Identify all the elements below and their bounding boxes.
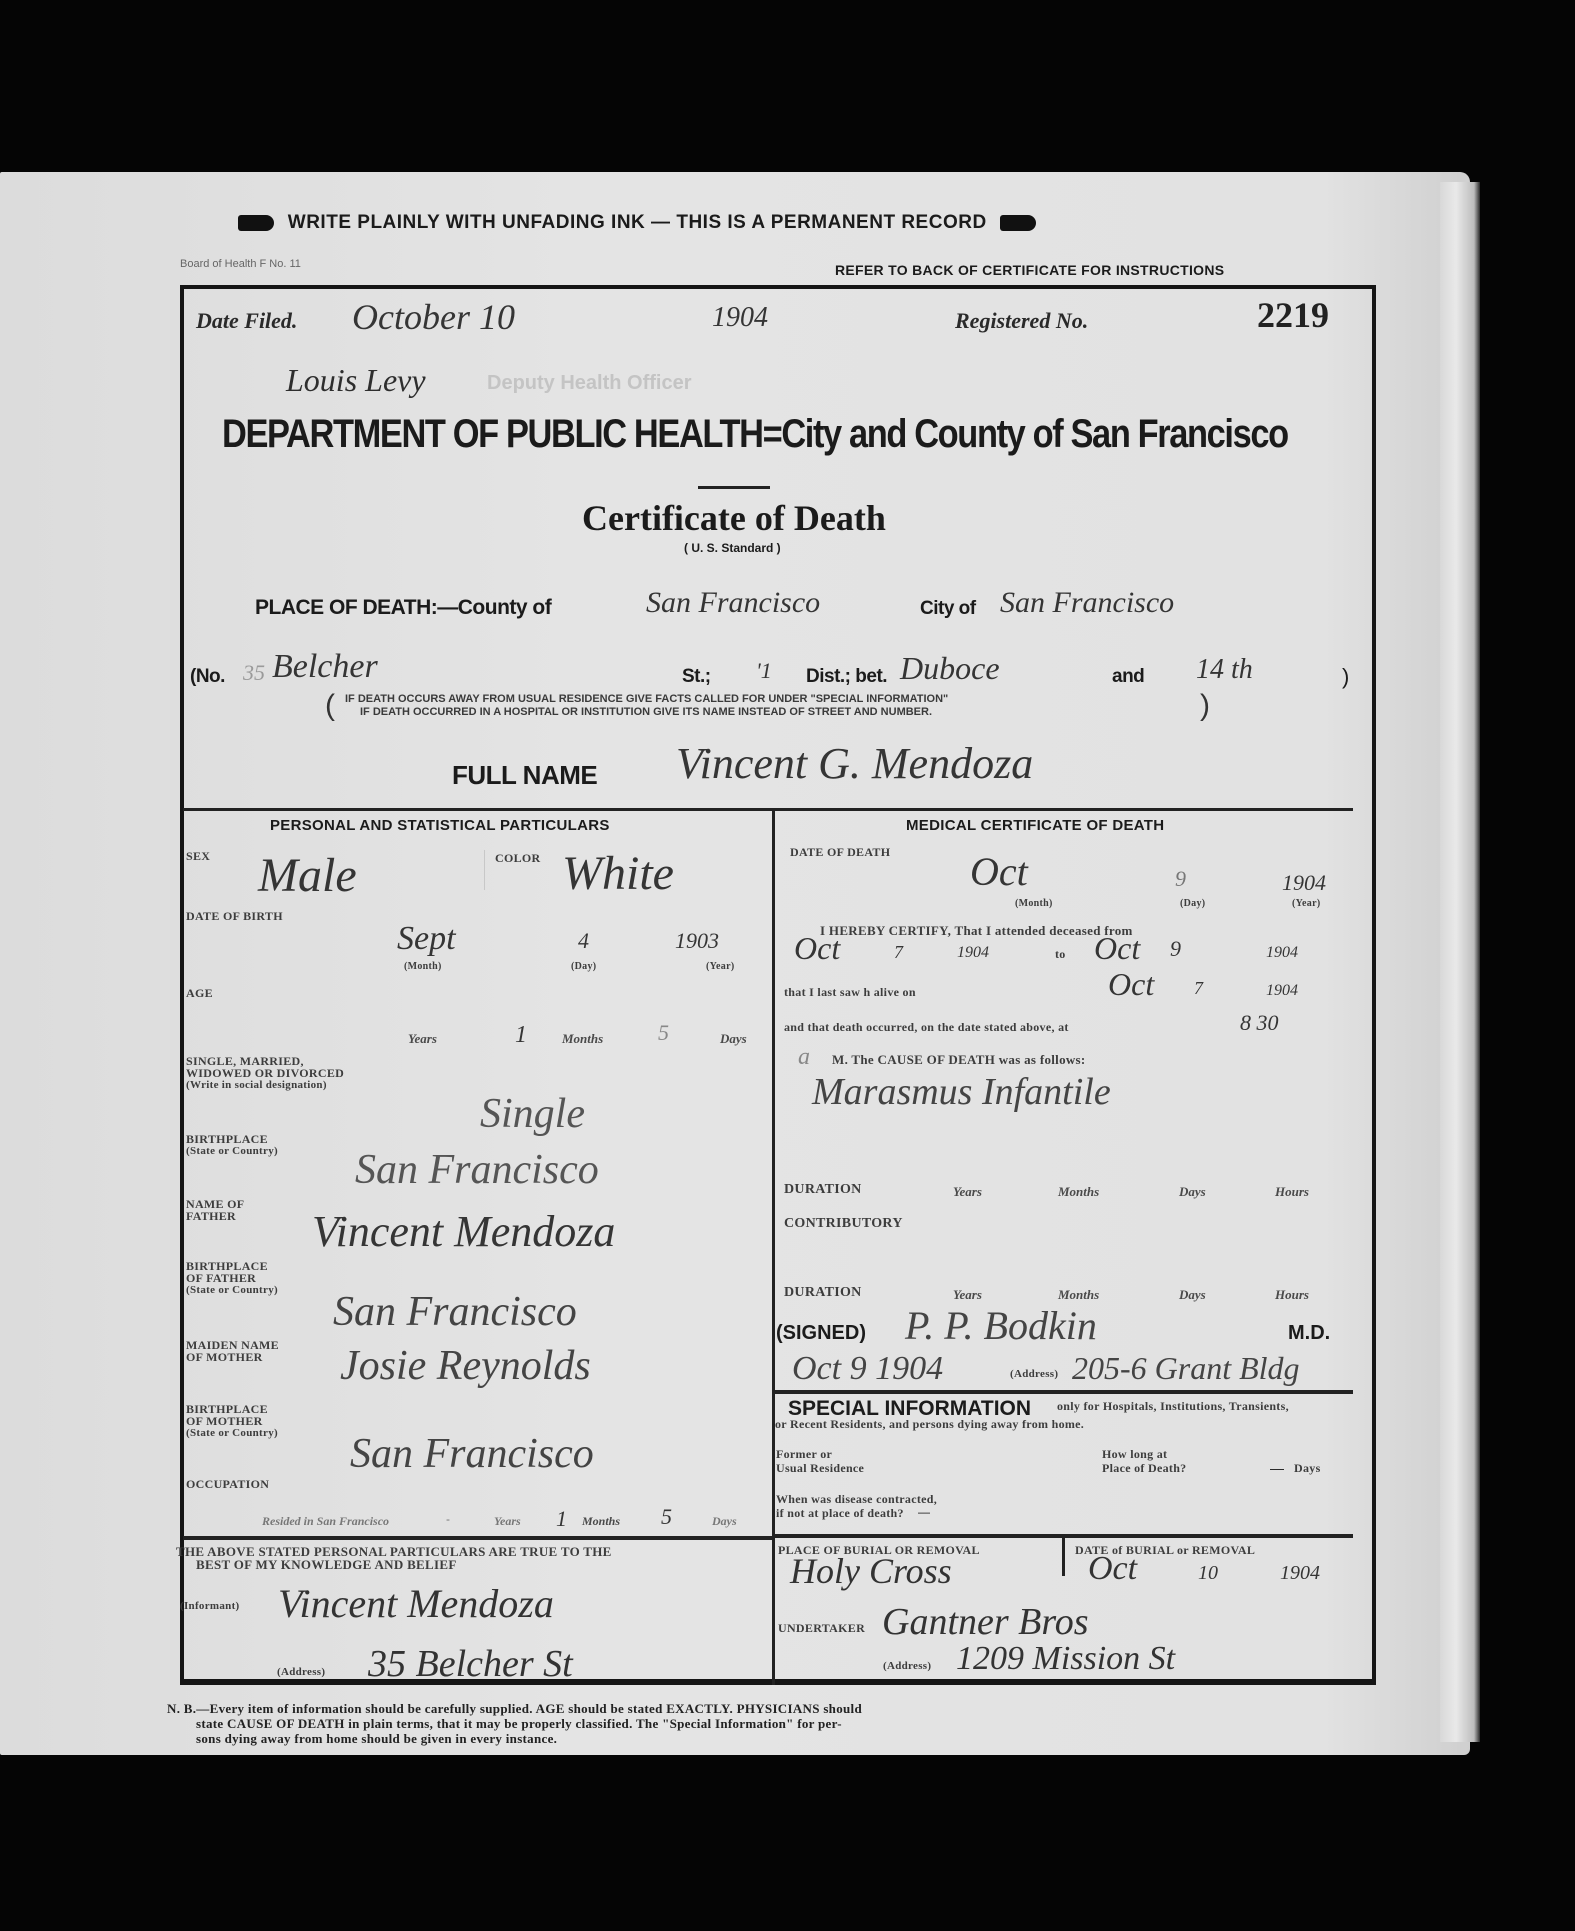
form-number: Board of Health F No. 11 (180, 258, 301, 270)
mother-name: Josie Reynolds (340, 1342, 591, 1390)
mother-birthplace-label-2: OF MOTHER (186, 1415, 263, 1427)
certificate-title: Certificate of Death (582, 497, 886, 539)
contracted-value: — (918, 1505, 930, 1519)
county-value: San Francisco (646, 586, 820, 620)
full-name-value: Vincent G. Mendoza (676, 738, 1033, 789)
death-time: 8 30 (1240, 1010, 1279, 1036)
sex-value: Male (258, 848, 357, 903)
registered-label: Registered No. (955, 308, 1088, 334)
footnote-line-3: sons dying away from home should be give… (196, 1733, 557, 1745)
place-note-2: IF DEATH OCCURRED IN A HOSPITAL OR INSTI… (360, 706, 932, 718)
deputy-title: Deputy Health Officer (487, 372, 691, 395)
personal-heading: PERSONAL AND STATISTICAL PARTICULARS (270, 817, 610, 834)
banner-text: WRITE PLAINLY WITH UNFADING INK — THIS I… (288, 212, 987, 233)
informant-name: Vincent Mendoza (278, 1580, 554, 1627)
cause-text: M. The CAUSE OF DEATH was as follows: (832, 1054, 1086, 1066)
marital-label-3: (Write in social designation) (186, 1079, 327, 1091)
how-long-label-2: Place of Death? (1102, 1462, 1186, 1474)
physician-signature: P. P. Bodkin (905, 1302, 1097, 1349)
st-value: '1 (756, 658, 772, 684)
former-label-2: Usual Residence (776, 1462, 864, 1474)
last-saw-month: Oct (1108, 966, 1154, 1003)
medical-heading: MEDICAL CERTIFICATE OF DEATH (906, 817, 1164, 834)
between-street-2: 14 th (1196, 654, 1253, 686)
burial-date-day: 10 (1198, 1562, 1218, 1585)
dod-year: 1904 (1282, 870, 1326, 896)
resided-months-label: Months (582, 1514, 620, 1529)
resided-days: 5 (661, 1504, 672, 1530)
marital-value: Single (480, 1090, 585, 1138)
section-divider (183, 808, 1353, 811)
birthplace-label-2: (State or Country) (186, 1145, 278, 1157)
dod-day-label: (Day) (1180, 898, 1205, 910)
street-number: 35 (243, 660, 265, 686)
last-saw-text: that I last saw h alive on (784, 986, 916, 998)
department-title: DEPARTMENT OF PUBLIC HEALTH=City and Cou… (222, 412, 1288, 457)
informant-address-label: (Address) (277, 1666, 325, 1678)
death-ampm: a (798, 1044, 810, 1071)
dob-label: DATE OF BIRTH (186, 910, 283, 922)
sex-color-divider (484, 850, 485, 890)
father-birthplace-label-2: OF FATHER (186, 1272, 256, 1284)
dob-year-label: (Year) (706, 961, 734, 973)
resided-years-label: Years (494, 1514, 521, 1529)
signed-label: (SIGNED) (776, 1322, 866, 1345)
street-name: Belcher (272, 648, 378, 686)
age-years: 1 (515, 1022, 527, 1049)
signed-date: Oct 9 1904 (792, 1350, 943, 1388)
informant-divider (183, 1536, 773, 1540)
column-divider (772, 810, 775, 1685)
pointing-hand-icon (238, 215, 274, 231)
age-label: AGE (186, 987, 213, 999)
birthplace-value: San Francisco (355, 1146, 599, 1194)
special-divider (773, 1390, 1353, 1394)
duration-days-label: Days (1179, 1184, 1206, 1200)
burial-place: Holy Cross (790, 1550, 952, 1592)
and-label: and (1112, 666, 1144, 688)
death-occurred-text: and that death occurred, on the date sta… (784, 1021, 1069, 1033)
contributory-years-label: Years (953, 1287, 982, 1303)
mother-birthplace-label-3: (State or Country) (186, 1427, 278, 1439)
full-name-label: FULL NAME (452, 760, 597, 791)
dob-month-label: (Month) (404, 961, 442, 973)
note-bracket-left: ( (325, 689, 335, 723)
deputy-signature: Louis Levy (286, 362, 426, 399)
contributory-days-label: Days (1179, 1287, 1206, 1303)
attended-to-day: 9 (1170, 936, 1181, 962)
attended-to-year: 1904 (1266, 944, 1298, 962)
father-label-2: FATHER (186, 1210, 236, 1222)
place-note-1: IF DEATH OCCURS AWAY FROM USUAL RESIDENC… (345, 693, 948, 705)
burial-date-year: 1904 (1280, 1562, 1320, 1585)
burial-date-month: Oct (1088, 1550, 1137, 1588)
cause-of-death: Marasmus Infantile (812, 1070, 1111, 1114)
occupation-label: OCCUPATION (186, 1478, 269, 1490)
mother-label-2: OF MOTHER (186, 1351, 263, 1363)
age-days-label: Days (720, 1031, 747, 1047)
color-label: COLOR (495, 852, 541, 864)
birthplace-label-1: BIRTHPLACE (186, 1133, 268, 1145)
district-label: Dist.; bet. (806, 666, 887, 688)
undertaker-name: Gantner Bros (882, 1600, 1089, 1644)
dob-day: 4 (578, 928, 589, 954)
place-of-death-label: PLACE OF DEATH:—County of (255, 596, 551, 620)
special-subheading-2: or Recent Residents, and persons dying a… (775, 1418, 1084, 1430)
undertaker-address-label: (Address) (883, 1660, 931, 1672)
pointing-hand-icon (1000, 215, 1036, 231)
how-long-value: — (1270, 1460, 1284, 1476)
how-long-label-1: How long at (1102, 1448, 1167, 1460)
age-months: 5 (658, 1020, 669, 1046)
footnote-line-2: state CAUSE OF DEATH in plain terms, tha… (196, 1718, 842, 1730)
physician-address-label: (Address) (1010, 1368, 1058, 1380)
dod-month-label: (Month) (1015, 898, 1053, 910)
date-filed-label: Date Filed. (196, 308, 297, 334)
resided-days-label: Days (712, 1514, 737, 1529)
certificate-subtitle: ( U. S. Standard ) (684, 541, 781, 555)
contracted-label-1: When was disease contracted, (776, 1493, 937, 1505)
informant-label: (Informant) (180, 1600, 240, 1612)
attended-to-month: Oct (1094, 930, 1140, 967)
age-years-label: Years (408, 1031, 437, 1047)
burial-column-divider (1062, 1536, 1065, 1576)
footnote-line-1: N. B.—Every item of information should b… (167, 1703, 862, 1715)
special-subheading: only for Hospitals, Institutions, Transi… (1057, 1400, 1289, 1412)
sex-label: SEX (186, 850, 210, 862)
age-months-label: Months (562, 1031, 603, 1047)
dob-month: Sept (397, 920, 456, 958)
title-divider (698, 486, 770, 489)
informant-statement-2: BEST OF MY KNOWLEDGE AND BELIEF (196, 1559, 457, 1571)
physician-address: 205-6 Grant Bldg (1072, 1350, 1300, 1387)
page-binding-edge (1440, 182, 1480, 1742)
informant-address: 35 Belcher St (368, 1642, 573, 1686)
last-saw-day: 7 (1194, 978, 1203, 999)
close-paren: ) (1342, 664, 1349, 690)
resided-months: 1 (556, 1506, 567, 1532)
note-bracket-right: ) (1200, 689, 1210, 723)
contributory-hours-label: Hours (1275, 1287, 1309, 1303)
dob-year: 1903 (675, 928, 719, 954)
marital-label-2: WIDOWED OR DIVORCED (186, 1067, 344, 1079)
how-long-days-label: Days (1294, 1462, 1321, 1474)
former-label-1: Former or (776, 1448, 832, 1460)
city-value: San Francisco (1000, 586, 1174, 620)
date-filed-value: October 10 (352, 296, 515, 338)
refer-note: REFER TO BACK OF CERTIFICATE FOR INSTRUC… (835, 262, 1224, 278)
undertaker-label: UNDERTAKER (778, 1622, 865, 1634)
registered-number: 2219 (1257, 294, 1329, 336)
attended-from-year: 1904 (957, 944, 989, 962)
resided-dash: - (446, 1512, 450, 1526)
father-birthplace: San Francisco (333, 1288, 577, 1336)
dod-month: Oct (970, 848, 1028, 895)
undertaker-address: 1209 Mission St (956, 1640, 1175, 1678)
attended-from-day: 7 (894, 942, 903, 963)
st-label: St.; (682, 666, 711, 688)
dod-label: DATE OF DEATH (790, 846, 890, 858)
duration-years-label: Years (953, 1184, 982, 1200)
attended-to-label: to (1055, 948, 1066, 960)
city-label: City of (920, 598, 976, 620)
banner: WRITE PLAINLY WITH UNFADING INK — THIS I… (230, 212, 1044, 234)
color-value: White (562, 846, 674, 901)
contracted-label-2: if not at place of death? (776, 1507, 904, 1519)
street-no-label: (No. (190, 666, 225, 688)
duration-hours-label: Hours (1275, 1184, 1309, 1200)
md-label: M.D. (1288, 1322, 1330, 1345)
certify-text: I HEREBY CERTIFY, That I attended deceas… (820, 925, 1133, 937)
dob-day-label: (Day) (571, 961, 596, 973)
dod-day: 9 (1175, 866, 1186, 892)
dod-year-label: (Year) (1292, 898, 1320, 910)
father-birthplace-label-3: (State or Country) (186, 1284, 278, 1296)
duration-months-label: Months (1058, 1184, 1099, 1200)
contributory-months-label: Months (1058, 1287, 1099, 1303)
father-name: Vincent Mendoza (312, 1206, 615, 1257)
mother-birthplace: San Francisco (350, 1430, 594, 1478)
date-filed-year: 1904 (712, 302, 768, 334)
duration-label: DURATION (784, 1184, 862, 1196)
last-saw-year: 1904 (1266, 982, 1298, 1000)
between-street-1: Duboce (900, 650, 1000, 687)
contributory-label: CONTRIBUTORY (784, 1218, 903, 1230)
contributory-duration-label: DURATION (784, 1287, 862, 1299)
attended-from-month: Oct (794, 930, 840, 967)
resided-label: Resided in San Francisco (262, 1514, 389, 1529)
